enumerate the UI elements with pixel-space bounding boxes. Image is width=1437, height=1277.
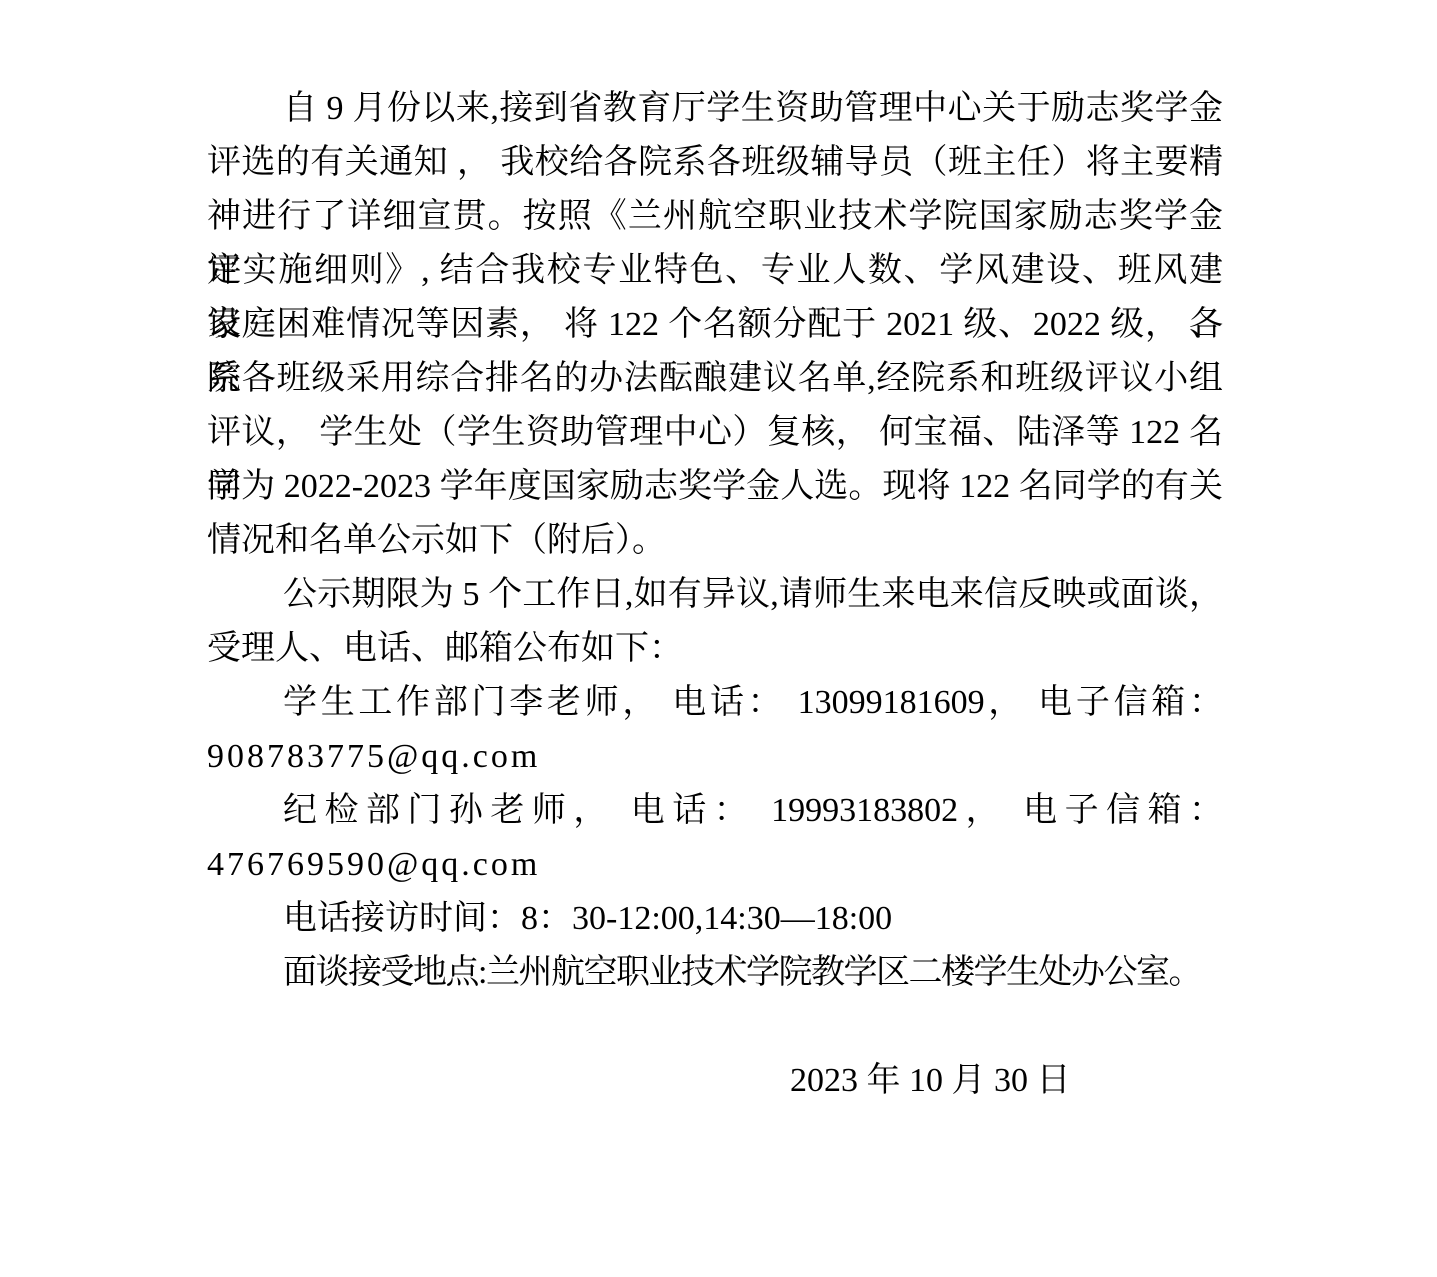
paragraph1-line8: 学为 2022-2023 学年度国家励志奖学金人选。现将 122 名同学的有关 <box>207 460 1223 514</box>
paragraph2-line1: 公示期限为 5 个工作日,如有异议,请师生来电来信反映或面谈， <box>207 568 1223 622</box>
contact-student-affairs-line: 学生工作部门李老师， 电话： 13099181609， 电子信箱： <box>207 676 1223 730</box>
visit-location-line: 面谈接受地点:兰州航空职业技术学院教学区二楼学生处办公室。 <box>207 946 1223 1000</box>
paragraph1-line1: 自 9 月份以来,接到省教育厅学生资助管理中心关于励志奖学金 <box>207 82 1223 136</box>
contact-discipline-line: 纪检部门孙老师， 电话： 19993183802， 电子信箱： <box>207 784 1223 838</box>
paragraph2-line2: 受理人、电话、邮箱公布如下： <box>207 622 1223 676</box>
document-body: 自 9 月份以来,接到省教育厅学生资助管理中心关于励志奖学金 评选的有关通知 ，… <box>207 82 1223 1108</box>
paragraph1-line9: 情况和名单公示如下（附后）。 <box>207 514 1223 568</box>
blank-line <box>207 1000 1223 1054</box>
paragraph1-line3: 神进行了详细宣贯。按照《兰州航空职业技术学院国家励志奖学金评 <box>207 190 1223 244</box>
date-line: 2023 年 10 月 30 日 <box>207 1054 1223 1108</box>
paragraph1-line6: 系各班级采用综合排名的办法酝酿建议名单,经院系和班级评议小组 <box>207 352 1223 406</box>
email-discipline-line: 476769590@qq.com <box>207 838 1223 892</box>
email-student-affairs-line: 908783775@qq.com <box>207 730 1223 784</box>
paragraph1-line4: 定实施细则》, 结合我校专业特色、专业人数、学风建设、班风建设、 <box>207 244 1223 298</box>
paragraph1-line7: 评议， 学生处（学生资助管理中心）复核， 何宝福、陆泽等 122 名同 <box>207 406 1223 460</box>
phone-hours-line: 电话接访时间：8：30-12:00,14:30—18:00 <box>207 892 1223 946</box>
paragraph1-line5: 家庭困难情况等因素， 将 122 个名额分配于 2021 级、2022 级， 各… <box>207 298 1223 352</box>
paragraph1-line2: 评选的有关通知 ， 我校给各院系各班级辅导员（班主任）将主要精 <box>207 136 1223 190</box>
